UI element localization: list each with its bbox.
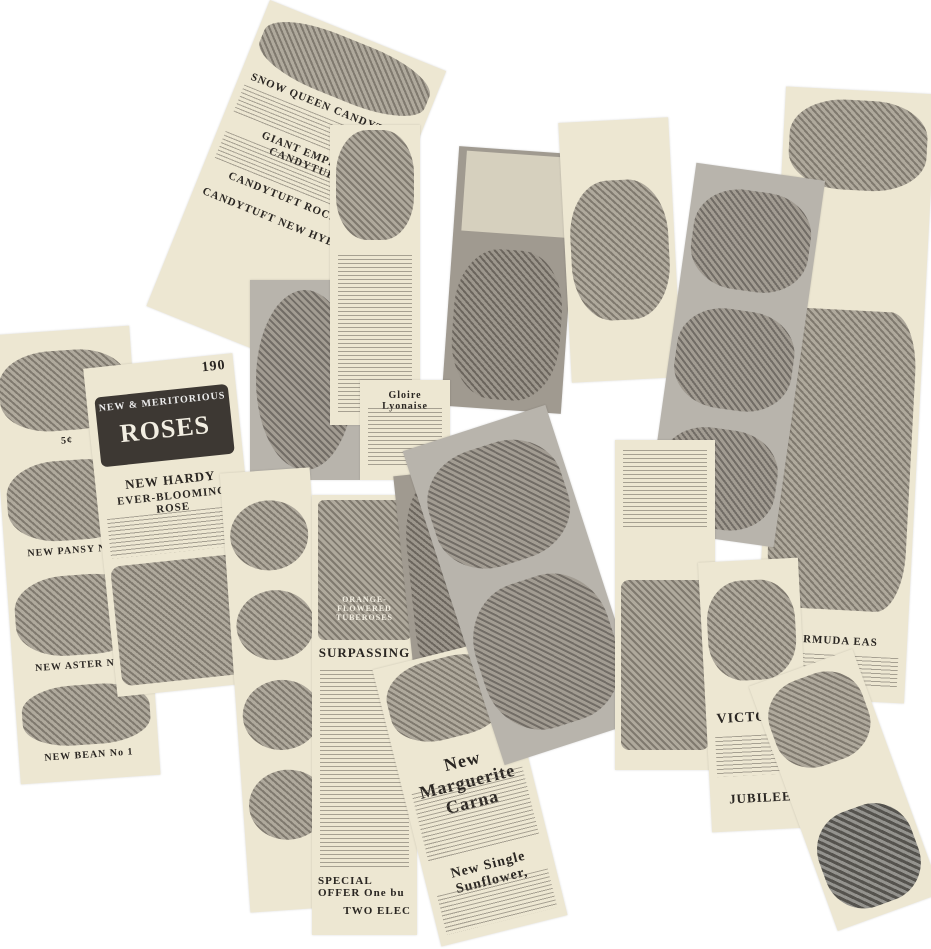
special-offer-label: SPECIAL OFFER One bu <box>318 875 411 899</box>
photo-stage: SNOW QUEEN CANDYTUFT GIANT EMPRESS CANDY… <box>0 0 931 949</box>
two-elec-label: TWO ELEC <box>318 905 411 917</box>
bean-label: NEW BEAN No 1 <box>25 745 153 765</box>
surpassing-label: SURPASSING <box>318 645 411 661</box>
primrose-strip <box>558 117 681 382</box>
page-number: 190 <box>201 358 227 376</box>
pink-rose-strip <box>441 146 579 414</box>
tuberoses-label: ORANGE-FLOWERED TUBEROSES <box>318 595 411 622</box>
